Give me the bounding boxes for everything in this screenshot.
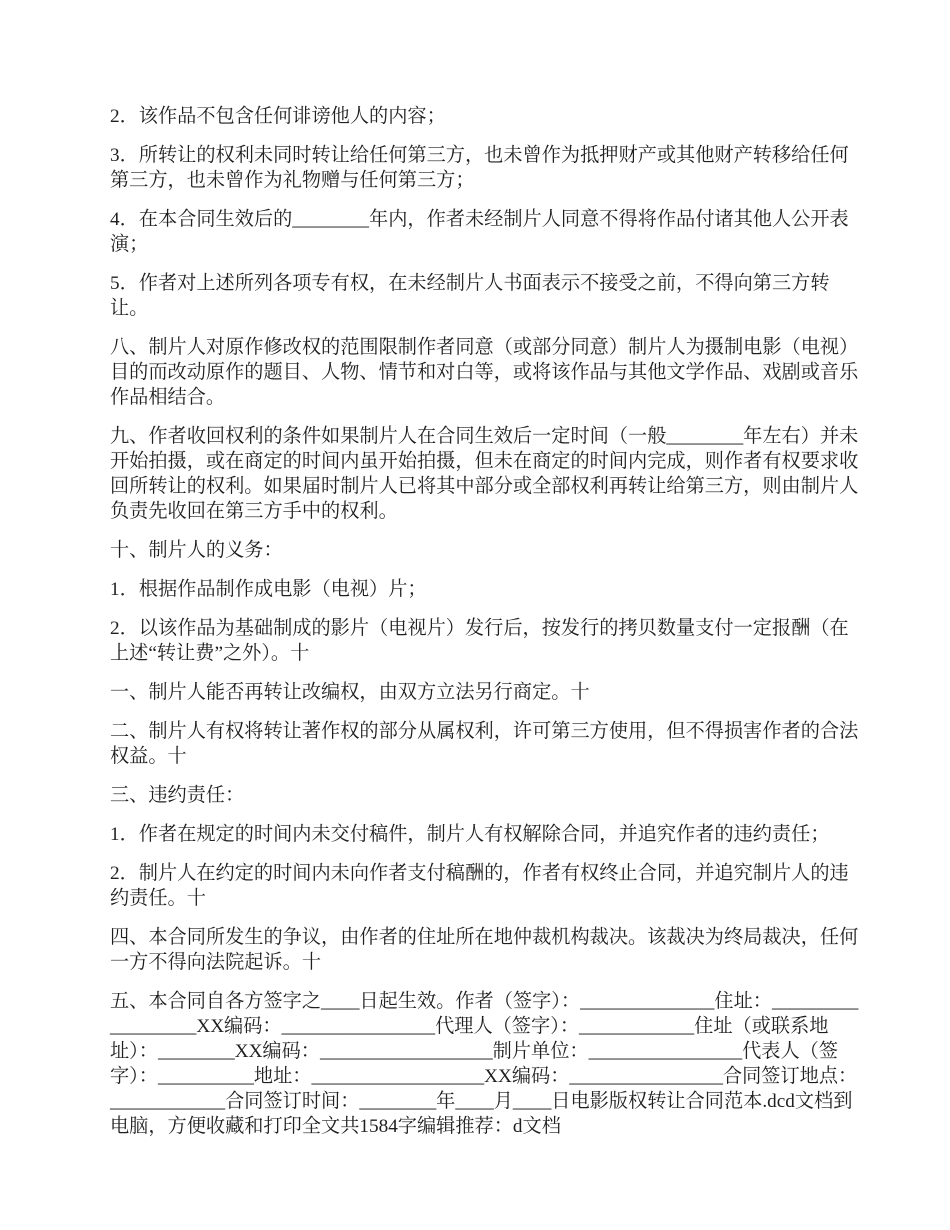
paragraph-clause-3: 3．所转让的权利未同时转让给任何第三方，也未曾作为抵押财产或其他财产转移给任何第… (110, 143, 860, 193)
paragraph-clause-4: 4．在本合同生效后的________年内，作者未经制片人同意不得将作品付诸其他人… (110, 207, 860, 257)
paragraph-article-11: 一、制片人能否再转让改编权，由双方立法另行商定。十 (110, 680, 860, 705)
paragraph-article-10: 十、制片人的义务： (110, 538, 860, 563)
paragraph-obligation-2: 2．以该作品为基础制成的影片（电视片）发行后，按发行的拷贝数量支付一定报酬（在上… (110, 616, 860, 666)
paragraph-article-14: 四、本合同所发生的争议，由作者的住址所在地仲裁机构裁决。该裁决为终局裁决，任何一… (110, 925, 860, 975)
paragraph-article-15-signature: 五、本合同自各方签字之____日起生效。作者（签字）：_____________… (110, 989, 860, 1139)
paragraph-article-13: 三、违约责任： (110, 783, 860, 808)
paragraph-article-9: 九、作者收回权利的条件如果制片人在合同生效后一定时间（一般________年左右… (110, 424, 860, 524)
paragraph-clause-2: 2．该作品不包含任何诽谤他人的内容； (110, 104, 860, 129)
document-page: 2．该作品不包含任何诽谤他人的内容； 3．所转让的权利未同时转让给任何第三方，也… (0, 0, 950, 1230)
paragraph-article-8: 八、制片人对原作修改权的范围限制作者同意（或部分同意）制片人为摄制电影（电视）目… (110, 335, 860, 410)
paragraph-clause-5: 5．作者对上述所列各项专有权，在未经制片人书面表示不接受之前，不得向第三方转让。 (110, 271, 860, 321)
paragraph-obligation-1: 1．根据作品制作成电影（电视）片； (110, 577, 860, 602)
paragraph-breach-1: 1．作者在规定的时间内未交付稿件，制片人有权解除合同，并追究作者的违约责任； (110, 822, 860, 847)
paragraph-breach-2: 2．制片人在约定的时间内未向作者支付稿酬的，作者有权终止合同，并追究制片人的违约… (110, 861, 860, 911)
paragraph-article-12: 二、制片人有权将转让著作权的部分从属权利，许可第三方使用，但不得损害作者的合法权… (110, 719, 860, 769)
contract-document: 2．该作品不包含任何诽谤他人的内容； 3．所转让的权利未同时转让给任何第三方，也… (110, 104, 860, 1153)
